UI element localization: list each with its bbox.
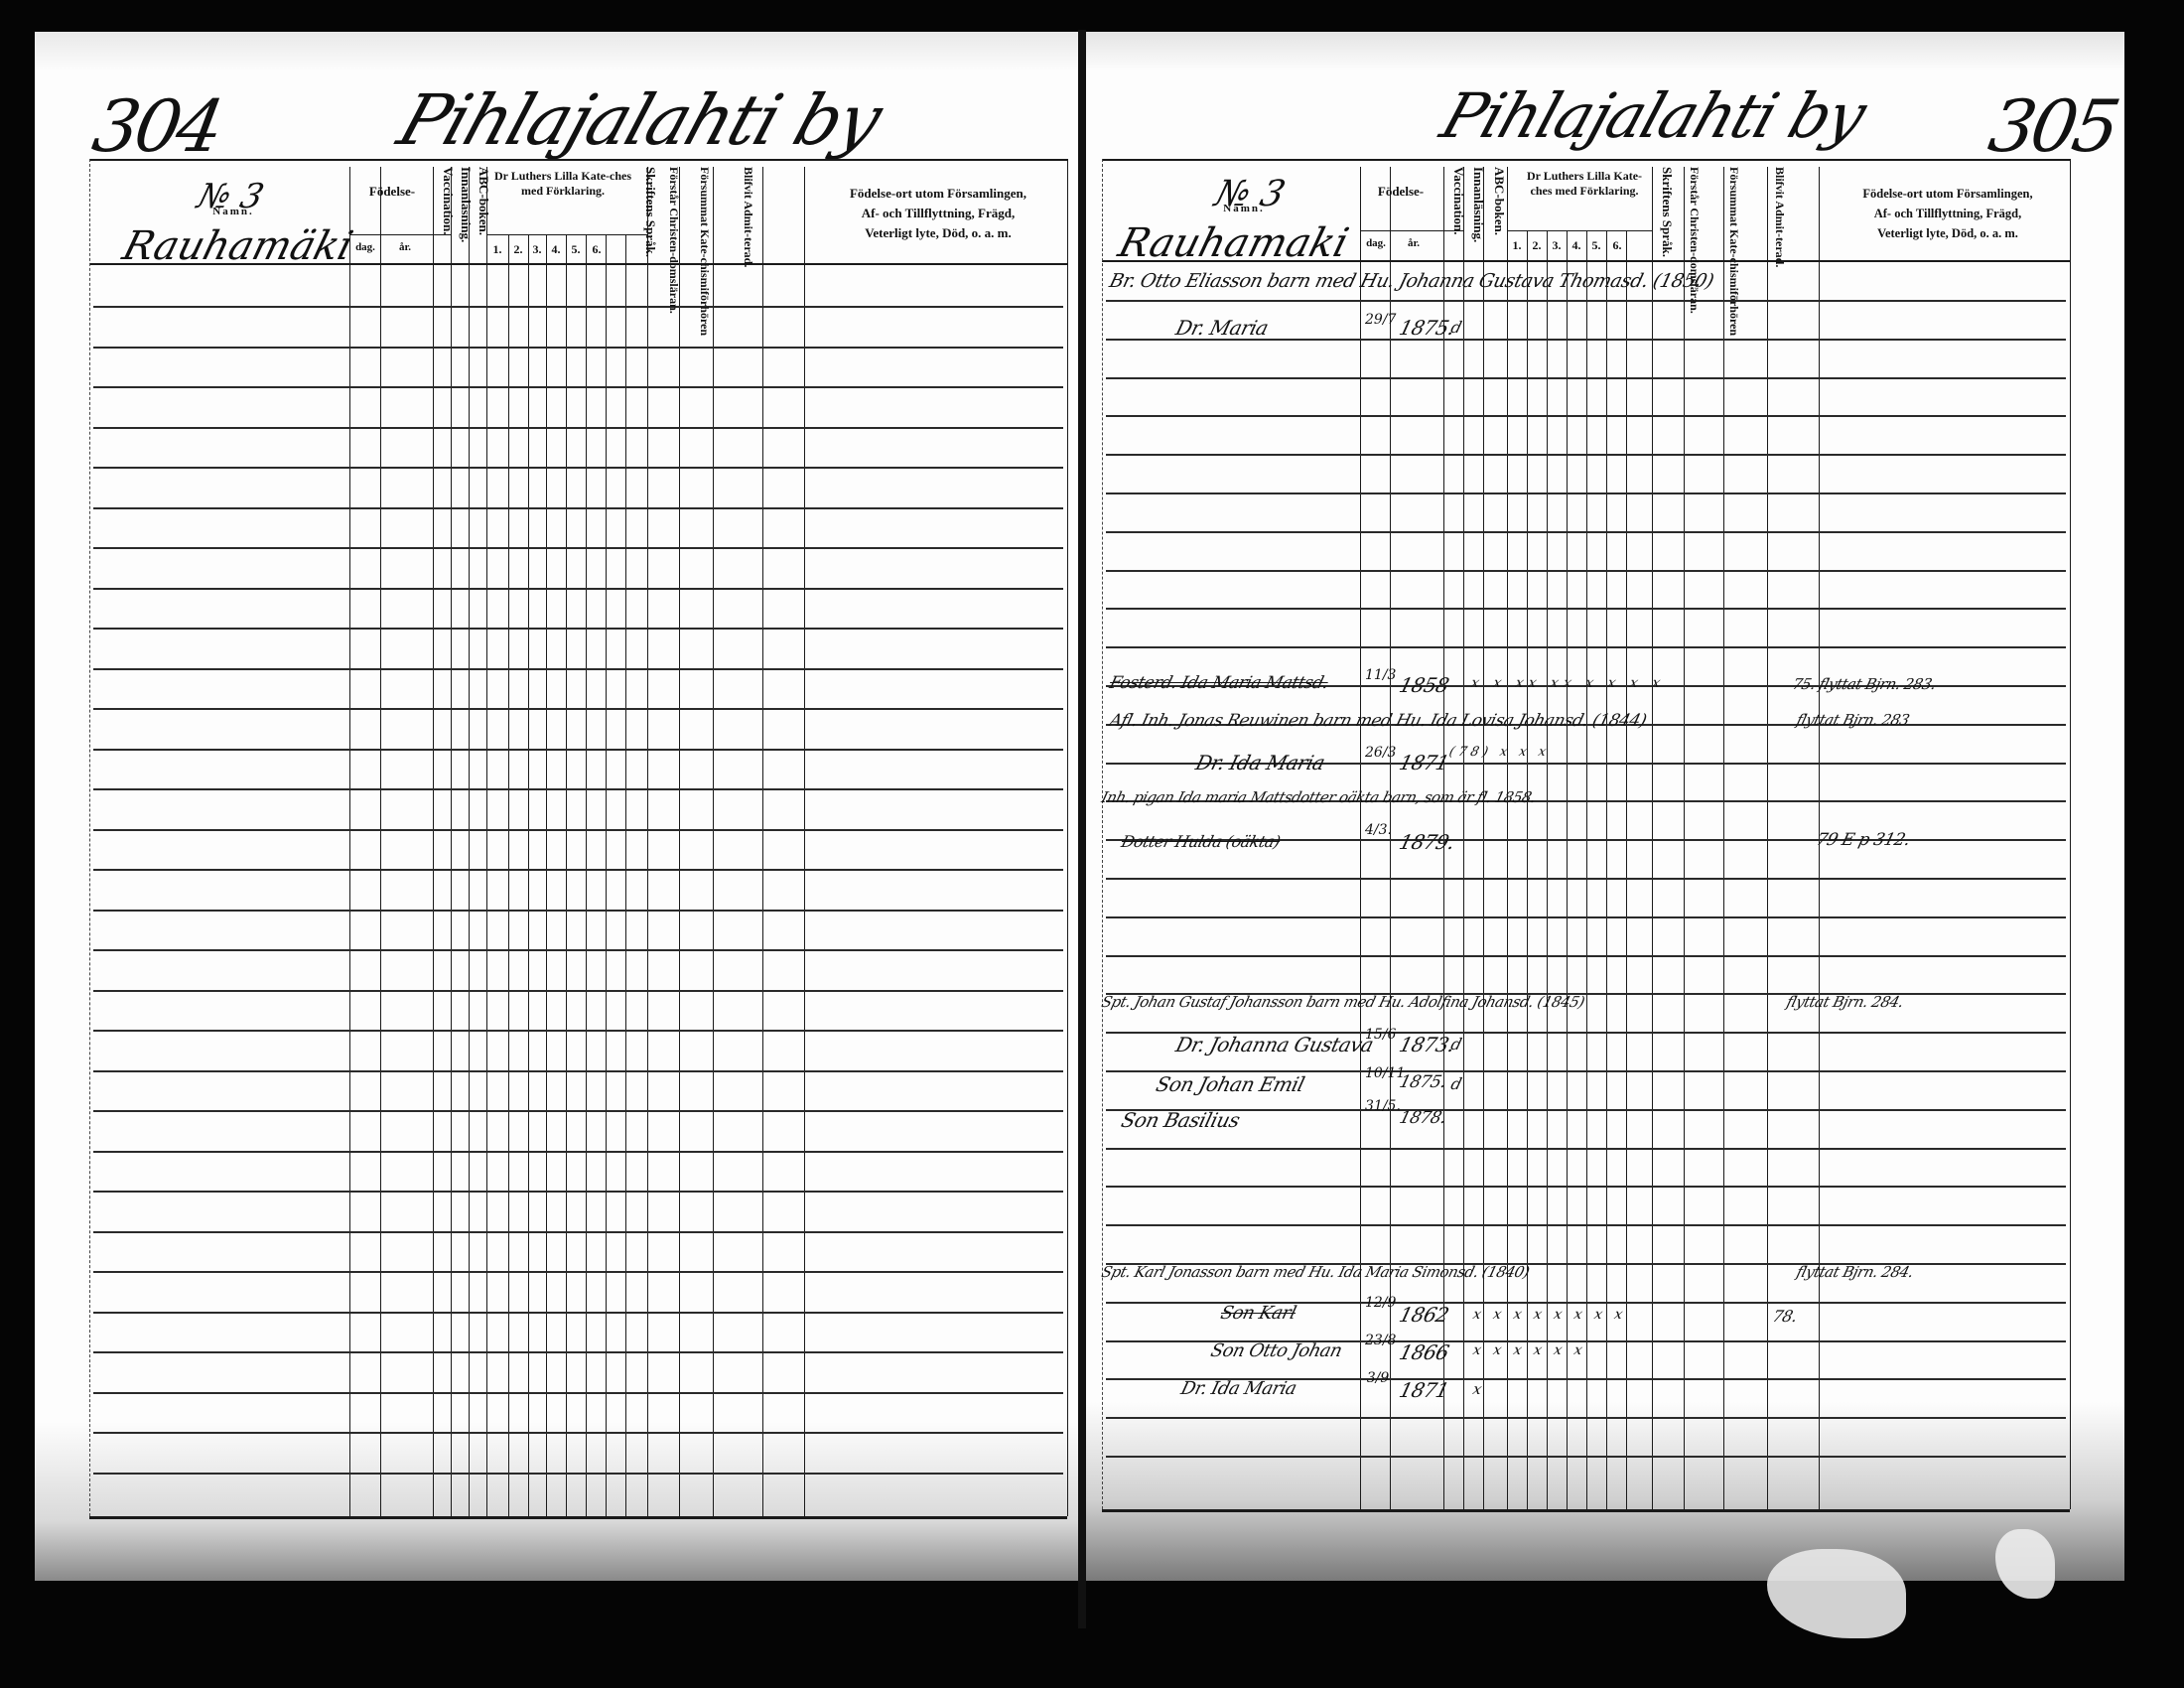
- row-rule: [93, 427, 1063, 429]
- column-rule: [380, 167, 381, 1516]
- left-header-innanlasning: Innanläsning.: [459, 167, 473, 258]
- entry-name: Son Basilius: [1119, 1108, 1242, 1132]
- row-rule: [1106, 878, 2066, 880]
- katekes-subheader-2: 2.: [508, 242, 528, 257]
- entry-name: Son Otto Johan: [1208, 1340, 1343, 1361]
- column-rule: [1360, 167, 1361, 1509]
- entry-birth-year: 1862: [1397, 1303, 1451, 1327]
- table-right-border: [1067, 159, 1068, 1516]
- row-rule: [1106, 1148, 2066, 1150]
- entry-birth-day: 31/5.: [1365, 1100, 1391, 1113]
- subheader-rule: [1507, 230, 1652, 231]
- entry-name: Fosterd. Ida Maria Mattsd.: [1108, 673, 1331, 693]
- katekes-subheader-1: 1.: [486, 242, 508, 257]
- row-rule: [1106, 608, 2066, 610]
- column-rule: [1652, 230, 1653, 1509]
- right-village-title: Pihlajalahti by: [1433, 79, 1873, 152]
- right-header-skriftens: Skriftens Språk.: [1660, 167, 1674, 258]
- right-header-vaccination: Vaccination.: [1451, 167, 1465, 258]
- entry-marks: x x xx xx x x x x: [1469, 675, 1667, 691]
- table-left-border: [89, 159, 90, 1516]
- row-rule: [93, 708, 1063, 710]
- entry-name: Dr. Maria: [1173, 316, 1271, 340]
- column-rule: [1463, 167, 1464, 1509]
- row-rule: [1106, 415, 2066, 417]
- right-header-fodelse: Födelse-: [1364, 184, 1437, 199]
- column-rule: [349, 167, 350, 1516]
- entry-name: Dr. Johanna Gustava: [1173, 1033, 1376, 1056]
- entry-birth-day: 23/8: [1365, 1335, 1391, 1347]
- row-rule: [1106, 570, 2066, 572]
- right-header-forsummat: Försummat Kate-chismiförhören: [1727, 167, 1740, 258]
- right-header-dag: dag.: [1364, 236, 1388, 251]
- column-rule: [713, 167, 714, 1516]
- left-header-admitterad: Blifvit Admit-terad.: [742, 167, 754, 258]
- row-rule: [1106, 454, 2066, 456]
- row-rule: [93, 306, 1063, 308]
- book-spine: [1078, 30, 1086, 1628]
- row-rule: [93, 386, 1063, 388]
- row-rule: [93, 1473, 1063, 1475]
- right-header-remarks: Födelse-ort utom Församlingen, Af- och T…: [1829, 184, 2067, 243]
- entry-name: Br. Otto Eliasson barn med Hu. Johanna G…: [1107, 270, 1715, 292]
- row-rule: [1106, 646, 2066, 648]
- right-header-katekes: Dr Luthers Lilla Kate-ches med Förklarin…: [1517, 169, 1652, 199]
- row-rule: [93, 869, 1063, 871]
- row-rule: [1106, 492, 2066, 494]
- left-header-ar: år.: [385, 240, 425, 255]
- row-rule: [93, 829, 1063, 831]
- left-header-fodelse: Födelse-: [353, 184, 431, 199]
- table-left-border: [1102, 159, 1103, 1509]
- table-top-rule: [89, 159, 1067, 161]
- entry-remarks: flyttat Bjrn. 283: [1795, 711, 1911, 729]
- entry-birth-day: 3/9: [1365, 1372, 1391, 1385]
- row-rule: [1106, 377, 2066, 379]
- left-header-remarks-line3: Veterligt lyte, Död, o. a. m.: [809, 223, 1067, 243]
- right-header-abc: ABC-boken.: [1492, 167, 1506, 258]
- entry-birth-day: 4/3.: [1365, 824, 1391, 837]
- left-namn-label: Namn.: [199, 205, 268, 219]
- row-rule: [1106, 1109, 2066, 1111]
- left-header-remarks-line2: Af- och Tillflyttning, Frägd,: [809, 204, 1067, 223]
- row-rule: [1106, 955, 2066, 957]
- right-header-forstar: Förstår Christen-domsläran.: [1688, 167, 1701, 258]
- right-header-remarks-line2: Af- och Tillflyttning, Frägd,: [1829, 204, 2067, 223]
- subheader-rule: [1360, 230, 1463, 231]
- katekes-subheader-5: 5.: [1586, 238, 1606, 253]
- row-rule: [93, 1191, 1063, 1193]
- row-rule: [93, 749, 1063, 751]
- entry-marks: x x x x x x: [1471, 1342, 1588, 1358]
- row-rule: [93, 1392, 1063, 1394]
- row-rule: [93, 1312, 1063, 1314]
- katekes-subheader-6: 6.: [1606, 238, 1628, 253]
- left-header-forstar: Förstår Christen-domsläran.: [667, 167, 680, 258]
- row-rule: [93, 1070, 1063, 1072]
- row-rule: [1106, 300, 2066, 302]
- entry-name: Inh. pigan Ida maria Mattsdotter oäkta b…: [1100, 788, 1538, 806]
- entry-birth-day: 12/9: [1365, 1297, 1391, 1310]
- right-header-remarks-line3: Veterligt lyte, Död, o. a. m.: [1829, 223, 2067, 243]
- column-rule: [762, 167, 763, 1516]
- row-rule: [93, 990, 1063, 992]
- subheader-rule: [486, 234, 647, 235]
- column-rule: [1767, 167, 1768, 1509]
- right-header-innanlasning: Innanläsning.: [1471, 167, 1485, 258]
- right-namn-label: Namn.: [1209, 202, 1279, 216]
- table-bottom-rule: [89, 1516, 1067, 1519]
- entry-remarks: 78.: [1771, 1307, 1800, 1326]
- row-rule: [93, 347, 1063, 349]
- row-rule: [1106, 1186, 2066, 1188]
- row-rule: [1106, 1417, 2066, 1419]
- entry-remarks: 79 E p 312.: [1815, 830, 1912, 850]
- row-rule: [93, 949, 1063, 951]
- entry-remarks: flyttat Bjrn. 284.: [1795, 1263, 1916, 1281]
- row-rule: [1106, 1456, 2066, 1458]
- column-rule: [679, 167, 680, 1516]
- row-rule: [93, 628, 1063, 630]
- row-rule: [1106, 1224, 2066, 1226]
- entry-name: Son Johan Emil: [1154, 1072, 1306, 1096]
- column-rule: [804, 167, 805, 1516]
- row-rule: [93, 1151, 1063, 1153]
- entry-birth-year: 1858: [1397, 673, 1451, 697]
- entry-marks: (78) x x x: [1447, 745, 1552, 760]
- entry-birth-year: 1866: [1397, 1340, 1451, 1364]
- column-rule: [1723, 167, 1724, 1509]
- row-rule: [93, 1351, 1063, 1353]
- entry-birth-year: 1875.: [1398, 1072, 1448, 1092]
- column-rule: [433, 167, 434, 1516]
- entry-remarks: flyttat Bjrn. 284.: [1785, 993, 1906, 1011]
- entry-birth-year: 1871: [1397, 1378, 1451, 1402]
- entry-name: Spt. Johan Gustaf Johansson barn med Hu.…: [1100, 993, 1586, 1011]
- entry-name: Dotter Hulda (oäkta): [1120, 832, 1283, 851]
- entry-birth-year: 1879.: [1397, 830, 1457, 854]
- katekes-subheader-4: 4.: [1567, 238, 1586, 253]
- table-bottom-rule: [1102, 1509, 2070, 1512]
- entry-marks: x x x x x x x x: [1471, 1307, 1628, 1323]
- entry-birth-day: 10/11: [1365, 1067, 1391, 1080]
- katekes-subheader-3: 3.: [1547, 238, 1567, 253]
- row-rule: [93, 1030, 1063, 1032]
- column-rule: [451, 167, 452, 1516]
- right-header-remarks-line1: Födelse-ort utom Församlingen,: [1829, 184, 2067, 204]
- left-header-remarks: Födelse-ort utom Församlingen, Af- och T…: [809, 184, 1067, 243]
- right-header-ar: år.: [1394, 236, 1433, 251]
- row-rule: [1106, 531, 2066, 533]
- row-rule: [93, 1110, 1063, 1112]
- row-rule: [93, 1271, 1063, 1273]
- row-rule: [93, 507, 1063, 509]
- entry-birth-year: 1871: [1397, 751, 1451, 774]
- entry-name: Spt. Karl Jonasson barn med Hu. Ida Mari…: [1100, 1263, 1532, 1281]
- right-header-admitterad: Blifvit Admit-terad.: [1773, 167, 1786, 258]
- left-header-forsummat: Försummat Kate-chismiförhören: [698, 167, 711, 258]
- row-rule: [93, 1231, 1063, 1233]
- entry-name: Dr. Ida Maria: [1178, 1378, 1298, 1399]
- row-rule: [1106, 916, 2066, 918]
- left-header-katekes: Dr Luthers Lilla Kate-ches med Förklarin…: [488, 169, 637, 199]
- left-header-vaccination: Vaccination.: [441, 167, 455, 258]
- katekes-subheader-6: 6.: [586, 242, 608, 257]
- left-header-dag: dag.: [353, 240, 377, 255]
- subheader-rule: [349, 234, 451, 235]
- row-rule: [93, 467, 1063, 469]
- column-rule: [1684, 167, 1685, 1509]
- katekes-subheader-1: 1.: [1507, 238, 1527, 253]
- right-page-number: 305: [1983, 84, 2122, 168]
- entry-birth-year: 1878.: [1398, 1108, 1448, 1128]
- left-farm-name: Rauhamäki: [118, 223, 357, 269]
- right-farm-name: Rauhamaki: [1114, 220, 1353, 266]
- row-rule: [93, 588, 1063, 590]
- katekes-subheader-4: 4.: [546, 242, 566, 257]
- entry-birth-day: 15/6: [1365, 1029, 1391, 1042]
- left-header-skriftens: Skriftens Språk.: [643, 167, 657, 258]
- katekes-subheader-2: 2.: [1527, 238, 1547, 253]
- left-header-remarks-line1: Födelse-ort utom Församlingen,: [809, 184, 1067, 204]
- column-rule: [1626, 230, 1627, 1509]
- row-rule: [93, 910, 1063, 912]
- table-right-border: [2070, 159, 2071, 1509]
- entry-name: Afl. Inh. Jonas Reuwinen barn med Hu. Id…: [1108, 711, 1649, 731]
- katekes-subheader-3: 3.: [528, 242, 546, 257]
- row-rule: [93, 547, 1063, 549]
- row-rule: [93, 1432, 1063, 1434]
- katekes-subheader-5: 5.: [566, 242, 586, 257]
- left-village-title: Pihlajalahti by: [389, 79, 890, 161]
- entry-remarks: 75. flyttat Bjrn. 283.: [1791, 675, 1938, 693]
- entry-name: Dr. Ida Maria: [1193, 751, 1327, 774]
- column-rule: [469, 167, 470, 1516]
- table-top-rule: [1102, 159, 2070, 161]
- entry-birth-day: 26/3: [1365, 747, 1391, 760]
- row-rule: [93, 668, 1063, 670]
- row-rule: [93, 788, 1063, 790]
- left-page-number: 304: [87, 84, 226, 168]
- entry-birth-day: 29/7: [1365, 314, 1391, 327]
- entry-name: Son Karl: [1218, 1303, 1297, 1324]
- entry-birth-day: 11/3: [1365, 669, 1391, 682]
